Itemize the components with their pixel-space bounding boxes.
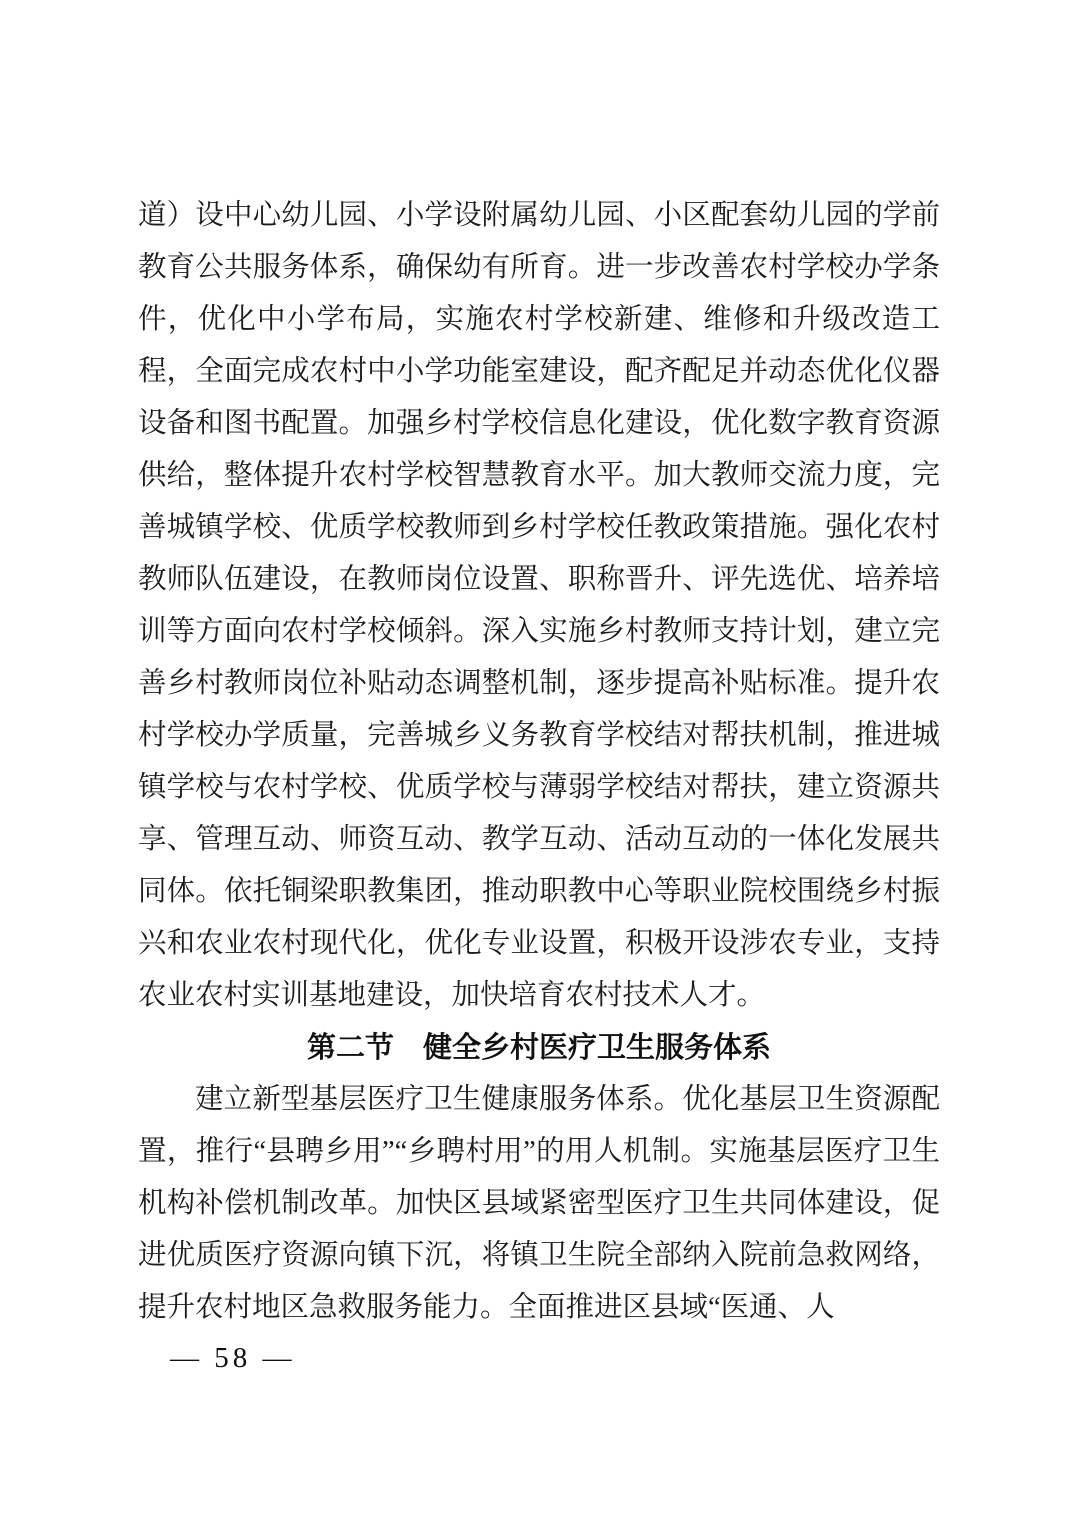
paragraph-continued: 道）设中心幼儿园、小学设附属幼儿园、小区配套幼儿园的学前教育公共服务体系，确保幼… <box>138 190 940 1022</box>
page-body: 道）设中心幼儿园、小学设附属幼儿园、小区配套幼儿园的学前教育公共服务体系，确保幼… <box>138 190 940 1334</box>
paragraph-section-body: 建立新型基层医疗卫生健康服务体系。优化基层卫生资源配置，推行“县聘乡用”“乡聘村… <box>138 1074 940 1334</box>
page-number: — 58 — <box>170 1340 296 1376</box>
document-page: 道）设中心幼儿园、小学设附属幼儿园、小区配套幼儿园的学前教育公共服务体系，确保幼… <box>0 0 1074 1520</box>
section-heading: 第二节 健全乡村医疗卫生服务体系 <box>138 1022 940 1074</box>
